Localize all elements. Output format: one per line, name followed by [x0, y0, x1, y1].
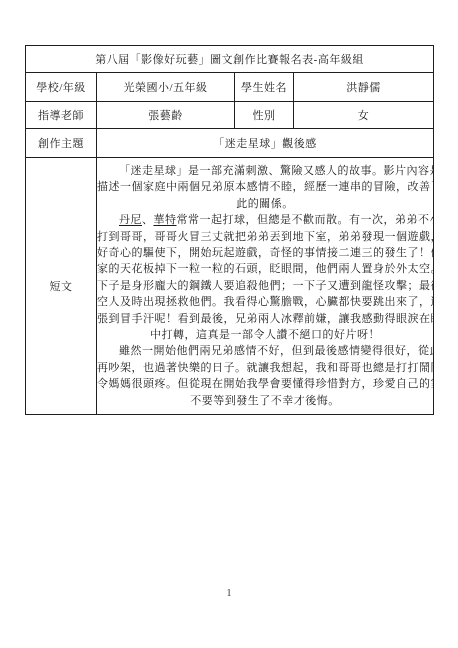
- form-title: 第八屆「影像好玩藝」圖文創作比賽報名表-高年級組: [26, 46, 434, 73]
- essay-line: 張到冒手汗呢！看到最後，兄弟兩人冰釋前嫌，讓我感動得眼淚在眼眶: [97, 311, 433, 327]
- registration-form-table: 第八屆「影像好玩藝」圖文創作比賽報名表-高年級組 學校/年級 光榮國小/五年級 …: [25, 45, 434, 415]
- essay-line: 下子是身形龐大的鋼鐵人要追殺他們；一下子又遭到龍怪攻擊；最後太: [97, 278, 433, 294]
- essay-line: 「迷走星球」是一部充滿刺激、驚險又感人的故事。影片內容是在: [97, 163, 433, 179]
- gender-label: 性別: [235, 102, 294, 129]
- essay-line: 空人及時出現拯救他們。我看得心驚膽戰，心臟都快要跳出來了，還緊: [97, 294, 433, 310]
- essay-line: 好奇心的驅使下，開始玩起遊戲，奇怪的事情接二連三的發生了！他們: [97, 245, 433, 261]
- essay-line: 丹尼、華特常常一起打球，但總是不歡而散。有一次，弟弟不小心: [97, 212, 433, 228]
- essay-line: 描述一個家庭中兩個兄弟原本感情不睦，經歷一連串的冒險，改善了彼: [97, 179, 433, 195]
- character-name: 華特: [154, 214, 177, 226]
- essay-line: 家的天花板掉下一粒一粒的石頭，眨眼間，他們兩人置身於外太空。一: [97, 261, 433, 277]
- name-separator: 、: [142, 214, 154, 226]
- essay-line: 再吵架，也過著快樂的日子。就讓我想起，我和哥哥也總是打打鬧鬧的，: [97, 360, 433, 376]
- character-name: 丹尼: [119, 214, 142, 226]
- essay-line: 此的關係。: [97, 196, 433, 212]
- school-grade-value: 光榮國小/五年級: [97, 73, 235, 102]
- gender-value: 女: [294, 102, 434, 129]
- topic-value: 「迷走星球」觀後感: [97, 129, 434, 158]
- page-number: 1: [0, 588, 458, 599]
- essay-line: 打到哥哥，哥哥火冒三丈就把弟弟丟到地下室，弟弟發現一個遊戲，在: [97, 229, 433, 245]
- essay-body: 「迷走星球」是一部充滿刺激、驚險又感人的故事。影片內容是在 描述一個家庭中兩個兄…: [97, 158, 434, 415]
- topic-label: 創作主題: [26, 129, 97, 158]
- essay-label: 短文: [26, 158, 97, 415]
- school-grade-label: 學校/年級: [26, 73, 97, 102]
- essay-line: 雖然一開始他們兩兄弟感情不好，但到最後感情變得很好，從此不: [97, 343, 433, 359]
- essay-line-text: 常常一起打球，但總是不歡而散。有一次，弟弟不小心: [177, 214, 434, 226]
- document-page: 第八屆「影像好玩藝」圖文創作比賽報名表-高年級組 學校/年級 光榮國小/五年級 …: [0, 0, 458, 648]
- student-name-label: 學生姓名: [235, 73, 294, 102]
- student-name-value: 洪靜儒: [294, 73, 434, 102]
- essay-line: 令媽媽很頭疼。但從現在開始我學會要懂得珍惜對方，珍愛自己的家人，: [97, 376, 433, 392]
- essay-line: 不要等到發生了不幸才後悔。: [97, 393, 433, 409]
- teacher-label: 指導老師: [26, 102, 97, 129]
- teacher-value: 張藝齡: [97, 102, 235, 129]
- essay-line: 中打轉，這真是一部令人讚不絕口的好片呀！: [97, 327, 433, 343]
